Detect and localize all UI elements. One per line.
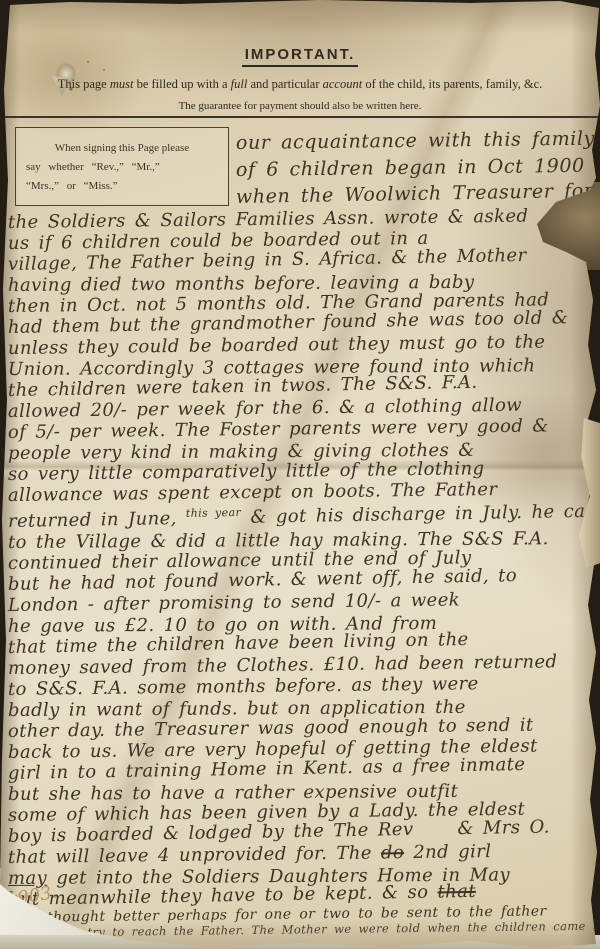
instruction-text: This page [58,77,110,91]
page-title-text: IMPORTANT. [242,46,359,67]
paper-sheet: IMPORTANT. This page must be filled up w… [0,0,600,949]
signing-instruction-box: When signing this Page please say whethe… [15,127,229,206]
manuscript-intro: our acquaintance with this familyof 6 ch… [236,130,596,211]
text-segment: & got his discharge in July. he came [241,500,600,528]
name-gap [414,834,458,835]
scanned-document-page: IMPORTANT. This page must be filled up w… [0,0,600,949]
instruction-text: of the child, its parents, family, &c. [362,77,542,91]
text-segment: of 6 children began in Oct 1900 [236,155,585,181]
inserted-text: this year [186,506,242,520]
text-segment: our acquaintance with this family [236,128,595,154]
instruction-text: and particular [247,77,322,91]
instruction-emphasis: account [323,77,363,91]
text-segment: & Mrs O. [457,817,550,840]
signing-box-line: When signing this Page please [26,139,218,158]
signing-box-line: say whether “Rev.,” “Mr.,” [26,158,218,177]
instruction-line: This page must be filled up with a full … [0,77,600,92]
guarantee-note: The guarantee for payment should also be… [0,100,600,112]
struck-word: that [437,881,476,903]
signing-box-line: “Mrs.,” or “Miss.” [26,177,218,196]
text-segment: to S&S. F.A. some months before. as they… [8,673,479,700]
header-divider-rule [0,116,600,119]
instruction-emphasis: full [231,77,248,91]
text-segment: 2nd girl [404,841,492,863]
struck-word: do [381,842,404,863]
page-title: IMPORTANT. [0,46,600,67]
text-segment: returned in June, [8,508,186,532]
instruction-text: be filled up with a [133,77,230,91]
text-segment: when the Woolwich Treasurer for [236,180,594,208]
instruction-emphasis: must [110,77,134,91]
text-segment: that will leave 4 unprovided for. The [8,842,381,868]
manuscript-body: the Soldiers & Sailors Families Assn. wr… [8,212,598,940]
text-segment: London - after promising to send 10/- a … [8,589,460,616]
